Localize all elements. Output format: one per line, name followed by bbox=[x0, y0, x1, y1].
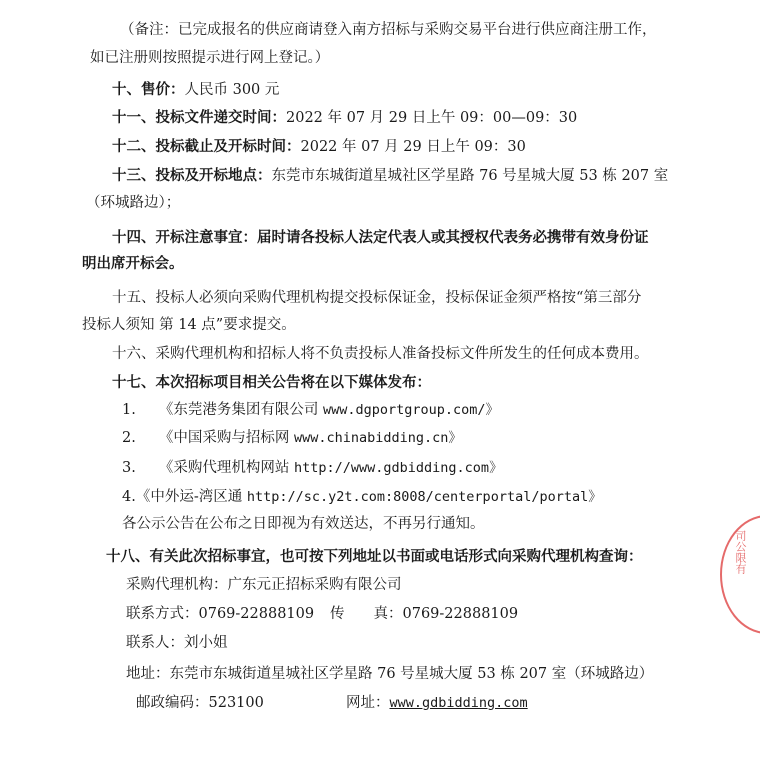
section-12: 十二、投标截止及开标时间：2022 年 07 月 29 日上午 09：30 bbox=[112, 137, 526, 157]
address: 地址：东莞市东城街道星城社区学星路 76 号星城大厦 53 栋 207 室（环城… bbox=[126, 664, 653, 684]
fax-value: 0769-22888109 bbox=[403, 606, 519, 622]
section-10: 十、售价：人民币 300 元 bbox=[112, 80, 279, 100]
website-label: 网址： bbox=[346, 695, 390, 711]
media-name: 《中国采购与招标网 bbox=[159, 430, 290, 446]
section-12-label: 十二、投标截止及开标时间： bbox=[112, 139, 301, 155]
media-name: 《采购代理机构网站 bbox=[159, 460, 290, 476]
website: 网址：www.gdbidding.com bbox=[346, 693, 528, 713]
fax: 传 真：0769-22888109 bbox=[330, 604, 518, 624]
section-13-label: 十三、投标及开标地点： bbox=[112, 168, 272, 184]
section-14-line-1: 十四、开标注意事宜：届时请各投标人法定代表人或其授权代表务必携带有效身份证 bbox=[112, 228, 649, 248]
media-url: www.chinabidding.cn》 bbox=[294, 430, 462, 446]
media-num: 4. bbox=[122, 489, 136, 505]
website-link[interactable]: www.gdbidding.com bbox=[390, 695, 528, 711]
agency: 采购代理机构：广东元正招标采购有限公司 bbox=[126, 575, 402, 595]
section-13-value: 东莞市东城街道星城社区学星路 76 号星城大厦 53 栋 207 室 bbox=[272, 168, 669, 184]
section-15-line-1: 十五、投标人必须向采购代理机构提交投标保证金，投标保证金须严格按“第三部分 bbox=[112, 288, 641, 308]
section-11-label: 十一、投标文件递交时间： bbox=[112, 110, 286, 126]
media-name: 《东莞港务集团有限公司 bbox=[159, 402, 319, 418]
section-11: 十一、投标文件递交时间：2022 年 07 月 29 日上午 09：00—09：… bbox=[112, 108, 577, 128]
media-item-3: 3. 《采购代理机构网站 http://www.gdbidding.com》 bbox=[122, 458, 503, 478]
contact-person: 联系人：刘小姐 bbox=[126, 633, 228, 653]
media-url: http://www.gdbidding.com》 bbox=[294, 460, 503, 476]
media-url: www.dgportgroup.com/》 bbox=[323, 402, 499, 418]
media-num: 2. bbox=[122, 430, 136, 446]
media-url: http://sc.y2t.com:8008/centerportal/port… bbox=[247, 489, 602, 505]
media-item-4: 4.《中外运-湾区通 http://sc.y2t.com:8008/center… bbox=[122, 487, 602, 507]
section-11-value: 2022 年 07 月 29 日上午 09：00—09：30 bbox=[286, 110, 577, 126]
section-13: 十三、投标及开标地点：东莞市东城街道星城社区学星路 76 号星城大厦 53 栋 … bbox=[112, 166, 668, 186]
media-num: 1. bbox=[122, 402, 136, 418]
postcode: 邮政编码：523100 bbox=[136, 693, 264, 713]
section-17: 十七、本次招标项目相关公告将在以下媒体发布： bbox=[112, 373, 431, 393]
section-10-label: 十、售价： bbox=[112, 82, 185, 98]
remark-line-1: （备注：已完成报名的供应商请登入南方招标与采购交易平台进行供应商注册工作， bbox=[120, 20, 657, 40]
section-15-line-2: 投标人须知 第 14 点”要求提交。 bbox=[82, 315, 296, 335]
remark-line-2: 如已注册则按照提示进行网上登记。） bbox=[90, 48, 329, 68]
media-item-1: 1. 《东莞港务集团有限公司 www.dgportgroup.com/》 bbox=[122, 400, 499, 420]
section-18: 十八、有关此次招标事宜，也可按下列地址以书面或电话形式向采购代理机构查询： bbox=[106, 547, 643, 567]
company-seal-text: 司公限有 bbox=[735, 530, 749, 574]
media-num: 3. bbox=[122, 460, 136, 476]
media-item-2: 2. 《中国采购与招标网 www.chinabidding.cn》 bbox=[122, 428, 462, 448]
media-name: 《中外运-湾区通 bbox=[136, 489, 242, 505]
section-12-value: 2022 年 07 月 29 日上午 09：30 bbox=[301, 139, 526, 155]
notice: 各公示公告在公布之日即视为有效送达，不再另行通知。 bbox=[122, 514, 485, 534]
section-13-line-2: （环城路边）； bbox=[86, 193, 180, 213]
fax-label: 传 真： bbox=[330, 606, 403, 622]
section-16: 十六、采购代理机构和招标人将不负责投标人准备投标文件所发生的任何成本费用。 bbox=[112, 344, 649, 364]
section-10-value: 人民币 300 元 bbox=[185, 82, 280, 98]
section-14-line-2: 明出席开标会。 bbox=[82, 254, 184, 274]
phone: 联系方式：0769-22888109 bbox=[126, 604, 314, 624]
